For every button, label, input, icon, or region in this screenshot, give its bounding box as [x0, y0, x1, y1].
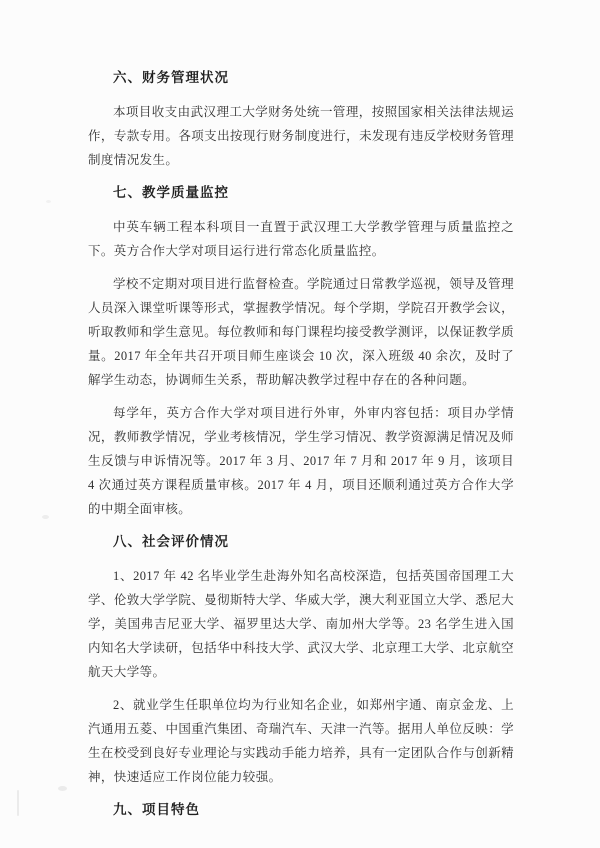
section-heading-social-evaluation: 八、社会评价情况	[88, 530, 514, 554]
scanned-document-page: 六、财务管理状况 本项目收支由武汉理工大学财务处统一管理，按照国家相关法律法规运…	[0, 0, 600, 848]
scan-smudge	[42, 515, 49, 519]
paragraph-teaching-quality-3: 每学年，英方合作大学对项目进行外审，外审内容包括：项目办学情况，教师教学情况，学…	[88, 401, 514, 521]
paragraph-financial-management: 本项目收支由武汉理工大学财务处统一管理，按照国家相关法律法规运作，专款专用。各项…	[88, 100, 514, 172]
scan-smudge	[46, 200, 51, 203]
paragraph-teaching-quality-2: 学校不定期对项目进行监督检查。学院通过日常教学巡视，领导及管理人员深入课堂听课等…	[88, 272, 514, 392]
document-content: 六、财务管理状况 本项目收支由武汉理工大学财务处统一管理，按照国家相关法律法规运…	[88, 66, 514, 832]
section-heading-financial-management: 六、财务管理状况	[88, 66, 514, 90]
scan-smudge	[58, 786, 67, 791]
section-heading-teaching-quality: 七、教学质量监控	[88, 181, 514, 205]
paragraph-teaching-quality-1: 中英车辆工程本科项目一直置于武汉理工大学教学管理与质量监控之下。英方合作大学对项…	[88, 215, 514, 263]
paragraph-social-evaluation-2: 2、就业学生任职单位均为行业知名企业，如郑州宇通、南京金龙、上汽通用五菱、中国重…	[88, 693, 514, 789]
paragraph-social-evaluation-1: 1、2017 年 42 名毕业学生赴海外知名高校深造，包括英国帝国理工大学、伦敦…	[88, 564, 514, 684]
scan-artifact-line	[17, 790, 19, 816]
section-heading-project-features: 九、项目特色	[88, 798, 514, 822]
